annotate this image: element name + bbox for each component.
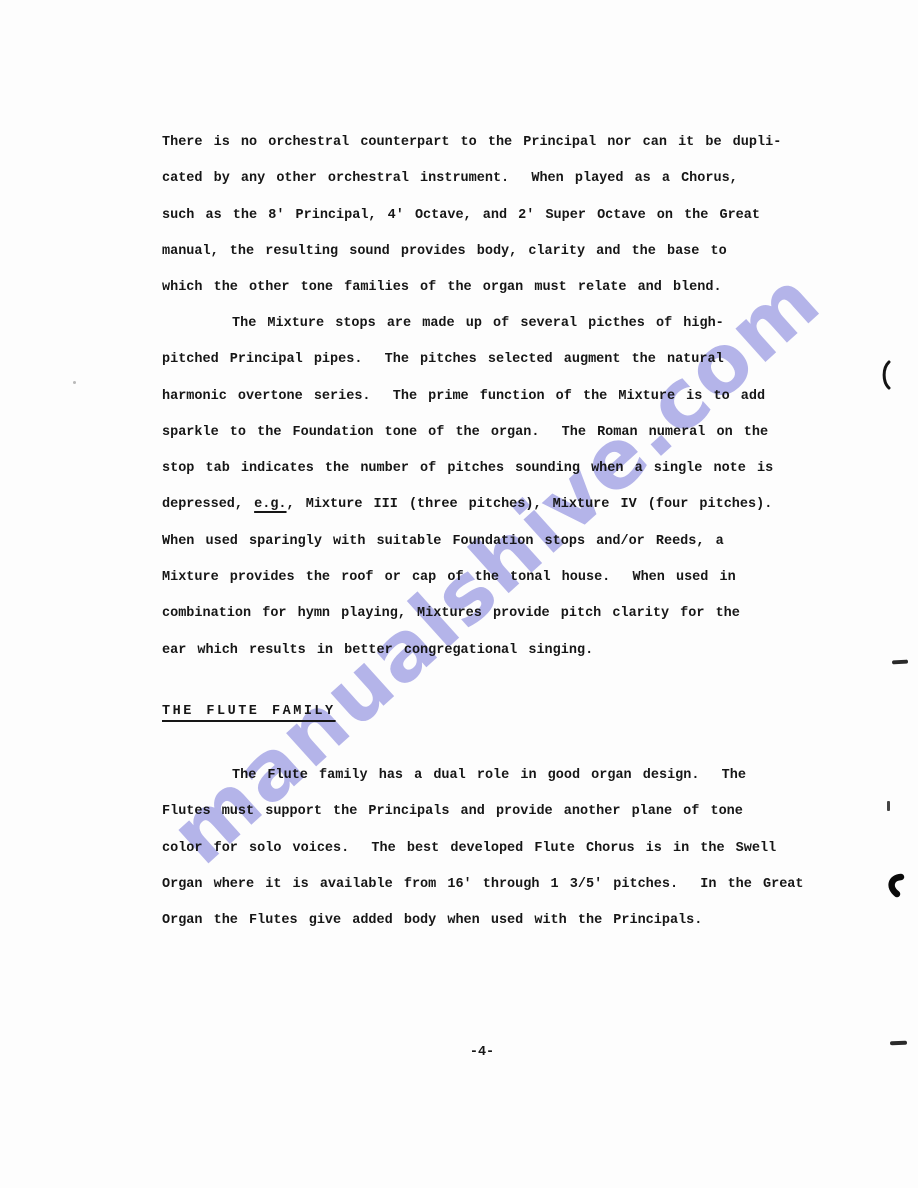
text-line: cated by any other orchestral instrument…: [162, 161, 862, 197]
text-line: such as the 8' Principal, 4' Octave, and…: [162, 198, 862, 234]
text-line: The Mixture stops are made up of several…: [162, 306, 862, 342]
text-line: Flutes must support the Principals and p…: [162, 794, 862, 830]
text-line: harmonic overtone series. The prime func…: [162, 379, 862, 415]
text-line: The Flute family has a dual role in good…: [162, 758, 862, 794]
text-line: manual, the resulting sound provides bod…: [162, 234, 862, 270]
text-line: There is no orchestral counterpart to th…: [162, 125, 862, 161]
text-line: depressed, e.g., Mixture III (three pitc…: [162, 487, 862, 523]
underlined-text: e.g.: [254, 497, 286, 512]
text-line: Organ where it is available from 16' thr…: [162, 867, 862, 903]
text-line: Mixture provides the roof or cap of the …: [162, 560, 862, 596]
text-line: Organ the Flutes give added body when us…: [162, 903, 862, 939]
text-line: color for solo voices. The best develope…: [162, 831, 862, 867]
text-line: ear which results in better congregation…: [162, 633, 862, 669]
text-line: sparkle to the Foundation tone of the or…: [162, 415, 862, 451]
text-line: which the other tone families of the org…: [162, 270, 862, 306]
text-segment: depressed,: [162, 497, 254, 512]
text-segment: , Mixture III (three pitches), Mixture I…: [287, 497, 773, 512]
section-heading-flute-family: THE FLUTE FAMILY: [162, 704, 336, 740]
text-line: combination for hymn playing, Mixtures p…: [162, 596, 862, 632]
paragraph-flute-family: The Flute family has a dual role in good…: [162, 758, 862, 939]
text-line: When used sparingly with suitable Founda…: [162, 524, 862, 560]
paragraph-principal-chorus: There is no orchestral counterpart to th…: [162, 125, 862, 306]
page-content: There is no orchestral counterpart to th…: [0, 0, 918, 1188]
paragraph-mixture-stops: The Mixture stops are made up of several…: [162, 306, 862, 669]
text-line: stop tab indicates the number of pitches…: [162, 451, 862, 487]
text-line: pitched Principal pipes. The pitches sel…: [162, 342, 862, 378]
page-number: -4-: [462, 1045, 502, 1081]
document-page: manualshive.com There is no orchestral c…: [0, 0, 918, 1188]
